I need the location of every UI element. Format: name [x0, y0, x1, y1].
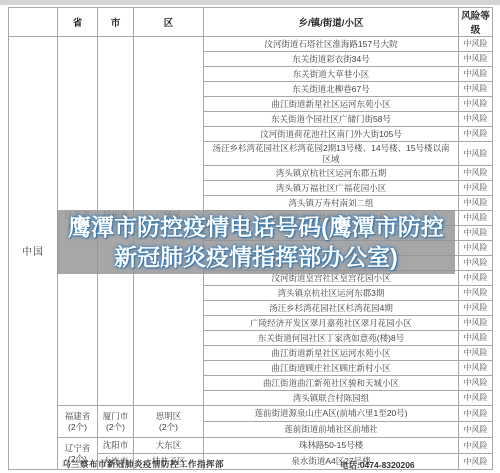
area-cell: 湾头镇京杭社区运河东郡五期	[204, 166, 459, 181]
risk-cell: 中风险	[459, 361, 493, 376]
risk-cell: 中风险	[459, 82, 493, 97]
risk-cell: 中风险	[459, 241, 493, 256]
area-cell: 东关街道彩衣街34号	[204, 52, 459, 67]
risk-cell: 中风险	[459, 211, 493, 226]
risk-cell: 中风险	[459, 181, 493, 196]
footer-agency-name: 乌兰察布市新冠肺炎疫情防控工作指挥部	[62, 458, 224, 470]
risk-cell: 中风险	[459, 226, 493, 241]
area-cell: 东关街道大草巷小区	[204, 67, 459, 82]
risk-cell: 中风险	[459, 406, 493, 422]
risk-cell: 中风险	[459, 422, 493, 438]
risk-cell: 中风险	[459, 438, 493, 454]
risk-cell: 中风险	[459, 67, 493, 82]
area-cell: 莲前街道前埔社区前埔社	[204, 422, 459, 438]
risk-cell: 中风险	[459, 391, 493, 406]
area-cell: 曲江街道新星社区运河水苑小区	[204, 346, 459, 361]
overlay-title-line2: 新冠肺炎疫情指挥部办公室)	[114, 242, 398, 272]
area-cell: 曲江街道新星社区运河东苑小区	[204, 97, 459, 112]
province-cell: 福建省(2个)	[58, 406, 98, 438]
table-header-row: 省 市 区 乡/镇/街道/小区 风险等级	[9, 8, 493, 37]
area-cell: 东关街道北柳巷67号	[204, 82, 459, 97]
col-header-risk-level: 风险等级	[459, 8, 493, 37]
area-cell: 泉水街道A4区27号楼	[204, 454, 459, 470]
risk-cell: 中风险	[459, 286, 493, 301]
city-cell: 沈阳市	[98, 438, 134, 454]
risk-cell: 中风险	[459, 316, 493, 331]
area-cell: 东关街道个园社区广储门街58号	[204, 112, 459, 127]
area-cell: 珠林路50-15号楼	[204, 438, 459, 454]
area-cell: 曲江街道顾庄社区顾庄新村小区	[204, 361, 459, 376]
footer-phone-number: 电话:0474-8320206	[340, 459, 415, 471]
area-cell: 广陵经济开发区翠月嘉苑社区翠月花园小区	[204, 316, 459, 331]
country-cell: 中国	[9, 37, 58, 470]
district-cell: 大东区	[134, 438, 204, 454]
risk-cell: 中风险	[459, 166, 493, 181]
risk-cell: 中风险	[459, 112, 493, 127]
risk-cell: 中风险	[459, 271, 493, 286]
area-cell: 湾头镇京杭社区运河东郡3期	[204, 286, 459, 301]
risk-cell: 中风险	[459, 346, 493, 361]
risk-cell: 中风险	[459, 376, 493, 391]
table-row: 福建省(2个)厦门市(2个)思明区(2个)莲前街道源泉山庄A区(前埔六里1至20…	[9, 406, 493, 422]
area-cell: 莲前街道源泉山庄A区(前埔六里1至20号)	[204, 406, 459, 422]
risk-cell: 中风险	[459, 196, 493, 211]
area-cell: 汶河街道石塔社区淮海路157号大院	[204, 37, 459, 52]
area-cell: 湾头镇万福社区广福花园小区	[204, 181, 459, 196]
area-cell: 湾头镇万寿村南刘二组	[204, 196, 459, 211]
table-row: 辽宁省(2个)沈阳市大东区珠林路50-15号楼中风险	[9, 438, 493, 454]
area-cell: 湾头镇联合村陈园组	[204, 391, 459, 406]
table-row: 中国江苏省(1个)扬州市(1个)广陵区(24个)汶河街道石塔社区淮海路157号大…	[9, 37, 493, 52]
area-cell: 汤汪乡杉湾花园社区杉湾花园4期	[204, 301, 459, 316]
col-header-country	[9, 8, 58, 37]
overlay-title-line1: 鹰潭市防控疫情电话号码(鹰潭市防控	[68, 212, 444, 242]
district-cell: 思明区(2个)	[134, 406, 204, 438]
risk-cell: 中风险	[459, 127, 493, 142]
area-cell: 曲江街道曲江新苑社区骏和天城小区	[204, 376, 459, 391]
city-cell: 厦门市(2个)	[98, 406, 134, 438]
col-header-district: 区	[134, 8, 204, 37]
area-cell: 汶河街道荷花池社区南门外大街105号	[204, 127, 459, 142]
title-overlay-banner: 鹰潭市防控疫情电话号码(鹰潭市防控 新冠肺炎疫情指挥部办公室)	[57, 210, 455, 274]
risk-cell: 中风险	[459, 301, 493, 316]
risk-cell: 中风险	[459, 52, 493, 67]
col-header-province: 省	[58, 8, 98, 37]
risk-cell: 中风险	[459, 37, 493, 52]
risk-cell: 中风险	[459, 331, 493, 346]
risk-cell: 中风险	[459, 454, 493, 470]
image-top-border	[0, 0, 500, 5]
risk-cell: 中风险	[459, 142, 493, 166]
risk-cell: 中风险	[459, 256, 493, 271]
area-cell: 东关街道何园社区丁家湾如意苑(楼)8号	[204, 331, 459, 346]
col-header-area: 乡/镇/街道/小区	[204, 8, 459, 37]
col-header-city: 市	[98, 8, 134, 37]
risk-cell: 中风险	[459, 97, 493, 112]
area-cell: 汤汪乡杉湾花园社区杉湾花园2期13号楼、14号楼、15号楼以南区域	[204, 142, 459, 166]
